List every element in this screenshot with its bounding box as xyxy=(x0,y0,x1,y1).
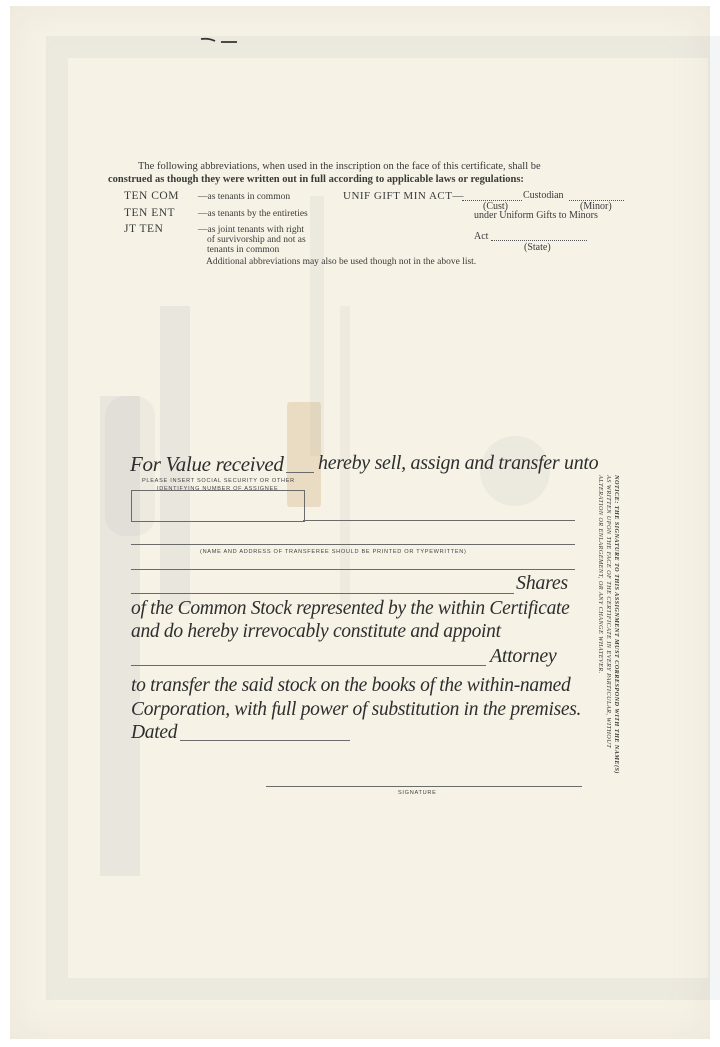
abbr-def-jt-ten-2: of survivorship and not as xyxy=(207,235,306,245)
intro-line-2: construed as though they were written ou… xyxy=(108,174,524,185)
attorney-blank[interactable] xyxy=(131,665,486,666)
hereby-transfer-text: hereby sell, assign and transfer unto xyxy=(318,452,598,475)
notice-line-2: AS WRITTEN UPON THE FACE OF THE CERTIFIC… xyxy=(604,475,612,774)
for-value-blank[interactable] xyxy=(286,472,314,473)
abbreviations-intro: The following abbreviations, when used i… xyxy=(108,160,628,186)
abbr-def-jt-ten-1: —as joint tenants with right xyxy=(198,225,304,235)
transfer-line: to transfer the said stock on the books … xyxy=(131,675,570,697)
ssn-input-box[interactable] xyxy=(131,490,305,522)
corporation-line: Corporation, with full power of substitu… xyxy=(131,699,581,721)
ugma-act-label: Act xyxy=(474,232,488,242)
shares-blank[interactable] xyxy=(131,593,514,594)
name-address-label: (NAME AND ADDRESS OF TRANSFEREE SHOULD B… xyxy=(200,549,467,555)
abbr-key-ten-com: TEN COM xyxy=(124,190,179,202)
pen-mark-icon xyxy=(199,37,245,45)
dated-label: Dated xyxy=(131,722,177,744)
abbr-def-ten-ent: —as tenants by the entireties xyxy=(198,209,308,219)
signature-notice: NOTICE: THE SIGNATURE TO THIS ASSIGNMENT… xyxy=(596,475,620,774)
abbr-def-jt-ten-3: tenants in common xyxy=(207,245,279,255)
signature-label: SIGNATURE xyxy=(398,790,437,796)
transferee-line-2[interactable] xyxy=(131,544,575,545)
ugma-custodian: Custodian xyxy=(523,191,564,201)
ugma-label: UNIF GIFT MIN ACT— xyxy=(343,190,464,202)
notice-line-1: NOTICE: THE SIGNATURE TO THIS ASSIGNMENT… xyxy=(612,475,620,774)
transferee-line-3[interactable] xyxy=(131,569,575,570)
shares-label: Shares xyxy=(516,572,568,595)
dated-blank[interactable] xyxy=(180,740,350,741)
transferee-line-1[interactable] xyxy=(303,520,575,521)
attorney-label: Attorney xyxy=(490,645,556,668)
for-value-received: For Value received xyxy=(130,452,284,477)
notice-line-3: ALTERATION OR ENLARGEMENT, OR ANY CHANGE… xyxy=(596,475,604,774)
ssn-label-1: PLEASE INSERT SOCIAL SECURITY OR OTHER xyxy=(142,478,295,484)
abbreviations-footer: Additional abbreviations may also be use… xyxy=(206,257,476,267)
abbr-def-ten-com: —as tenants in common xyxy=(198,192,290,202)
ugma-state-blank[interactable] xyxy=(491,240,587,241)
abbr-key-jt-ten: JT TEN xyxy=(124,223,163,235)
appoint-line: and do hereby irrevocably constitute and… xyxy=(131,621,501,643)
common-stock-line: of the Common Stock represented by the w… xyxy=(131,598,570,620)
ugma-under-line: under Uniform Gifts to Minors xyxy=(474,211,598,221)
intro-line-1: The following abbreviations, when used i… xyxy=(108,160,628,173)
abbr-key-ten-ent: TEN ENT xyxy=(124,207,175,219)
signature-line[interactable] xyxy=(266,786,582,787)
ugma-state-label: (State) xyxy=(524,243,551,253)
